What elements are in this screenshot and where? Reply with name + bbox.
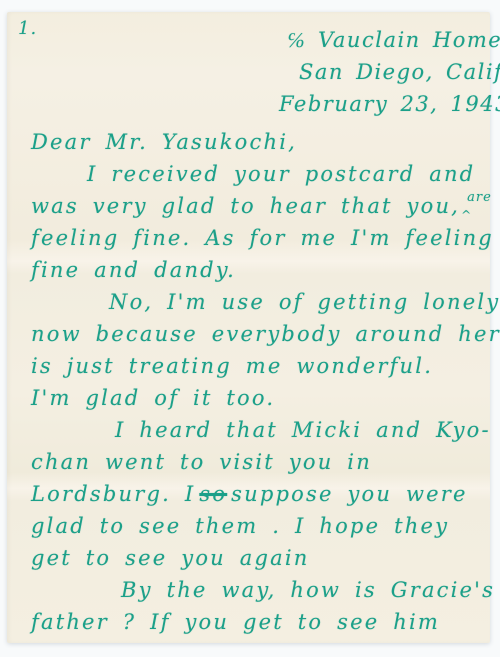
inserted-word: are <box>467 182 492 214</box>
care-of-address-line: ℅ Vauclain Home <box>279 24 500 56</box>
paragraph-3: I heard that Micki and Kyo- chan went to… <box>31 414 482 574</box>
letter-line: father ? If you get to see him <box>31 606 482 638</box>
letter-header: ℅ Vauclain Home San Diego, Calif. Februa… <box>279 24 500 120</box>
struck-out-word: so <box>199 482 227 506</box>
letter-line-text: suppose you were <box>231 482 468 506</box>
letter-line: get to see you again <box>31 542 482 574</box>
letter-line: feeling fine. As for me I'm feeling <box>31 222 482 254</box>
letter-line: By the way, how is Gracie's <box>31 574 482 606</box>
letter-line: I received your postcard and <box>31 158 482 190</box>
paragraph-1: I received your postcard and was very gl… <box>31 158 482 286</box>
paragraph-2: No, I'm use of getting lonely now becaus… <box>31 286 482 414</box>
letter-line: now because everybody around here <box>31 318 482 350</box>
page-number: 1. <box>18 18 37 39</box>
letter-line: Lordsburg. Isosuppose you were <box>31 478 482 510</box>
letter-line: fine and dandy. <box>31 254 482 286</box>
salutation: Dear Mr. Yasukochi, <box>31 126 482 158</box>
letter-line: I'm glad of it too. <box>31 382 482 414</box>
paragraph-4: By the way, how is Gracie's father ? If … <box>31 574 482 638</box>
letter-body: Dear Mr. Yasukochi, I received your post… <box>31 126 482 638</box>
letter-line: is just treating me wonderful. <box>31 350 482 382</box>
city-state-line: San Diego, Calif. <box>279 56 500 88</box>
date-line: February 23, 1943 <box>279 88 500 120</box>
letter-line-text: was very glad to hear that you, <box>31 194 460 218</box>
letter-paper: 1. ℅ Vauclain Home San Diego, Calif. Feb… <box>7 12 490 643</box>
letter-line: I heard that Micki and Kyo- <box>31 414 482 446</box>
letter-line-text: Lordsburg. I <box>31 482 195 506</box>
letter-line: No, I'm use of getting lonely <box>31 286 482 318</box>
letter-line: glad to see them . I hope they <box>31 510 482 542</box>
letter-line: was very glad to hear that you,^are <box>31 190 482 222</box>
letter-line: chan went to visit you in <box>31 446 482 478</box>
